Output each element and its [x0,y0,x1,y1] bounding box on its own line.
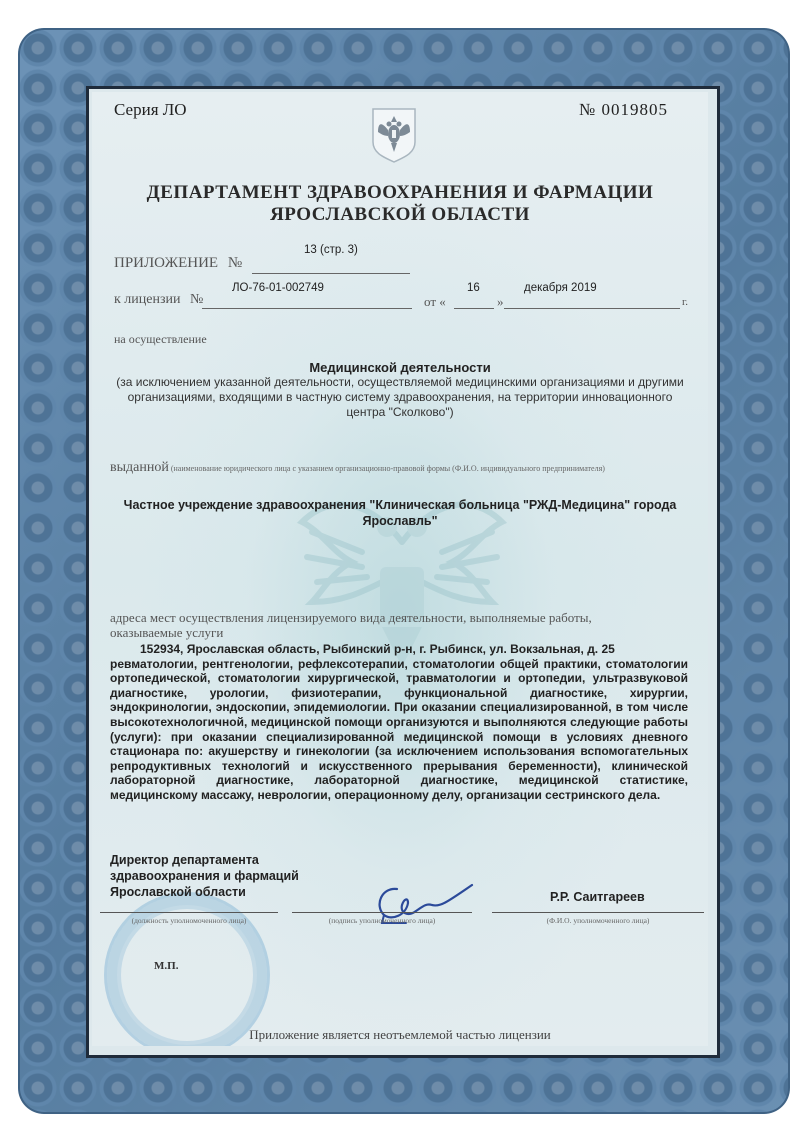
appendix-footer-note: Приложение является неотъемлемой частью … [92,1027,708,1043]
license-appendix-sheet: Серия ЛО № 0019805 ДЕПАРТАМЕНТ ЗДРАВООХР… [92,92,708,1046]
license-label: к лицензии № [114,292,203,308]
signatory-position: Директор департамента здравоохранения и … [110,852,299,900]
appendix-number-value: 13 (стр. 3) [304,244,358,256]
license-label-text: к лицензии [114,292,181,307]
license-number-line [202,308,412,309]
issued-to-label: выданной (наименование юридического лица… [110,462,690,474]
appendix-label: ПРИЛОЖЕНИЕ № [114,255,242,272]
position-line-2: здравоохранения и фармаций [110,868,299,884]
appendix-no-sign: № [228,255,242,271]
appendix-label-text: ПРИЛОЖЕНИЕ [114,255,218,271]
address-label: адреса мест осуществления лицензируемого… [110,610,650,640]
license-day-line [454,308,494,309]
license-month-line [504,308,680,309]
license-year-suffix: г. [682,296,688,308]
authority-line-1: ДЕПАРТАМЕНТ ЗДРАВООХРАНЕНИЯ И ФАРМАЦИИ [92,182,708,204]
form-number: № 0019805 [579,100,668,120]
position-caption: (должность уполномоченного лица) [100,916,278,925]
license-date-close-quote: » [497,294,504,310]
issued-to-hint: (наименование юридического лица с указан… [171,464,605,473]
russian-coat-of-arms-icon [370,106,418,164]
license-number-value: ЛО-76-01-002749 [232,282,324,294]
appendix-number-line [252,273,410,274]
signature-line [292,912,472,913]
position-signature-line [100,912,278,913]
license-day-value: 16 [467,282,480,294]
seal-place-label: М.П. [154,960,178,972]
position-line-3: Ярославской области [110,884,299,900]
series-label: Серия ЛО [114,100,187,120]
license-month-year-value: декабря 2019 [524,282,597,294]
licensee-organization: Частное учреждение здравоохранения "Клин… [110,497,690,529]
issued-to-label-text: выданной [110,460,169,475]
activity-address: 152934, Ярославская область, Рыбинский р… [110,642,688,657]
signature-caption: (подпись уполномоченного лица) [292,916,472,925]
issuing-authority-title: ДЕПАРТАМЕНТ ЗДРАВООХРАНЕНИЯ И ФАРМАЦИИ Я… [92,182,708,226]
services-block: 152934, Ярославская область, Рыбинский р… [110,642,688,803]
activity-note: (за исключением указанной деятельности, … [112,375,688,420]
authority-line-2: ЯРОСЛАВСКОЙ ОБЛАСТИ [92,204,708,226]
activity-block: Медицинской деятельности (за исключением… [112,360,688,420]
activity-title: Медицинской деятельности [112,360,688,375]
license-no-sign: № [190,292,203,307]
name-caption: (Ф.И.О. уполномоченного лица) [492,916,704,925]
position-line-1: Директор департамента [110,852,299,868]
signatory-name: Р.Р. Саитгареев [550,890,645,904]
name-signature-line [492,912,704,913]
for-label: на осуществление [114,332,207,347]
services-list: ревматологии, рентгенологии, рефлексотер… [110,657,688,802]
license-date-from-label: от « [424,294,446,310]
